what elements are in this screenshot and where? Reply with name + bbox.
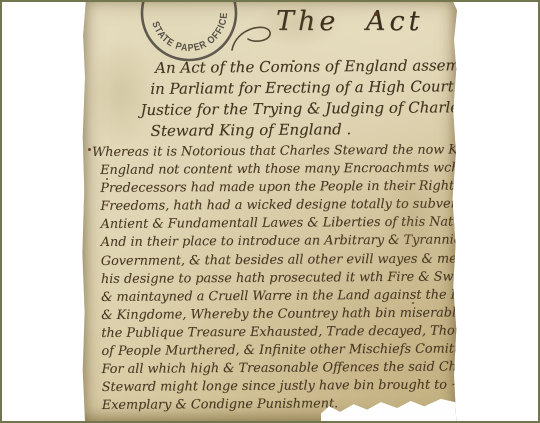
svg-text:STATE PAPER OFFICE: STATE PAPER OFFICE <box>149 5 237 61</box>
body-block: Whereas it is Notorious that Charles Ste… <box>92 141 458 415</box>
heading-line: in Parliamt for Erecting of a High Court… <box>150 76 450 100</box>
body-line: And in their place to introduce an Arbit… <box>93 232 457 253</box>
ink-speck <box>374 12 378 16</box>
body-line: Government, & that besides all other evi… <box>93 250 457 271</box>
manuscript-page: STATE PAPER OFFICE ♛ The Act An Act of t… <box>82 2 457 421</box>
body-line: & maintayned a Cruell Warre in the Land … <box>93 286 457 307</box>
heading-line: An Act of the Comons of England assemble… <box>155 55 450 79</box>
ink-speck <box>88 148 91 151</box>
ink-speck <box>106 178 108 180</box>
scanned-document-frame: STATE PAPER OFFICE ♛ The Act An Act of t… <box>0 0 540 423</box>
ink-speck <box>292 60 295 62</box>
stamp-crown-icon: ♛ <box>172 0 197 4</box>
body-line: Steward might longe since justly have bi… <box>94 377 458 398</box>
title-flourish-icon <box>230 20 276 60</box>
body-line: his designe to passe hath prosecuted it … <box>93 268 457 289</box>
heading-block: An Act of the Comons of England assemble… <box>140 55 451 142</box>
heading-line: Steward King of England . <box>151 118 451 142</box>
heading-line: Justice for the Trying & Judging of Char… <box>140 97 450 121</box>
ink-speck <box>412 302 414 304</box>
title-row: The Act <box>230 6 423 60</box>
stamp-label: STATE PAPER OFFICE <box>149 5 237 61</box>
document-title: The Act <box>276 6 423 37</box>
